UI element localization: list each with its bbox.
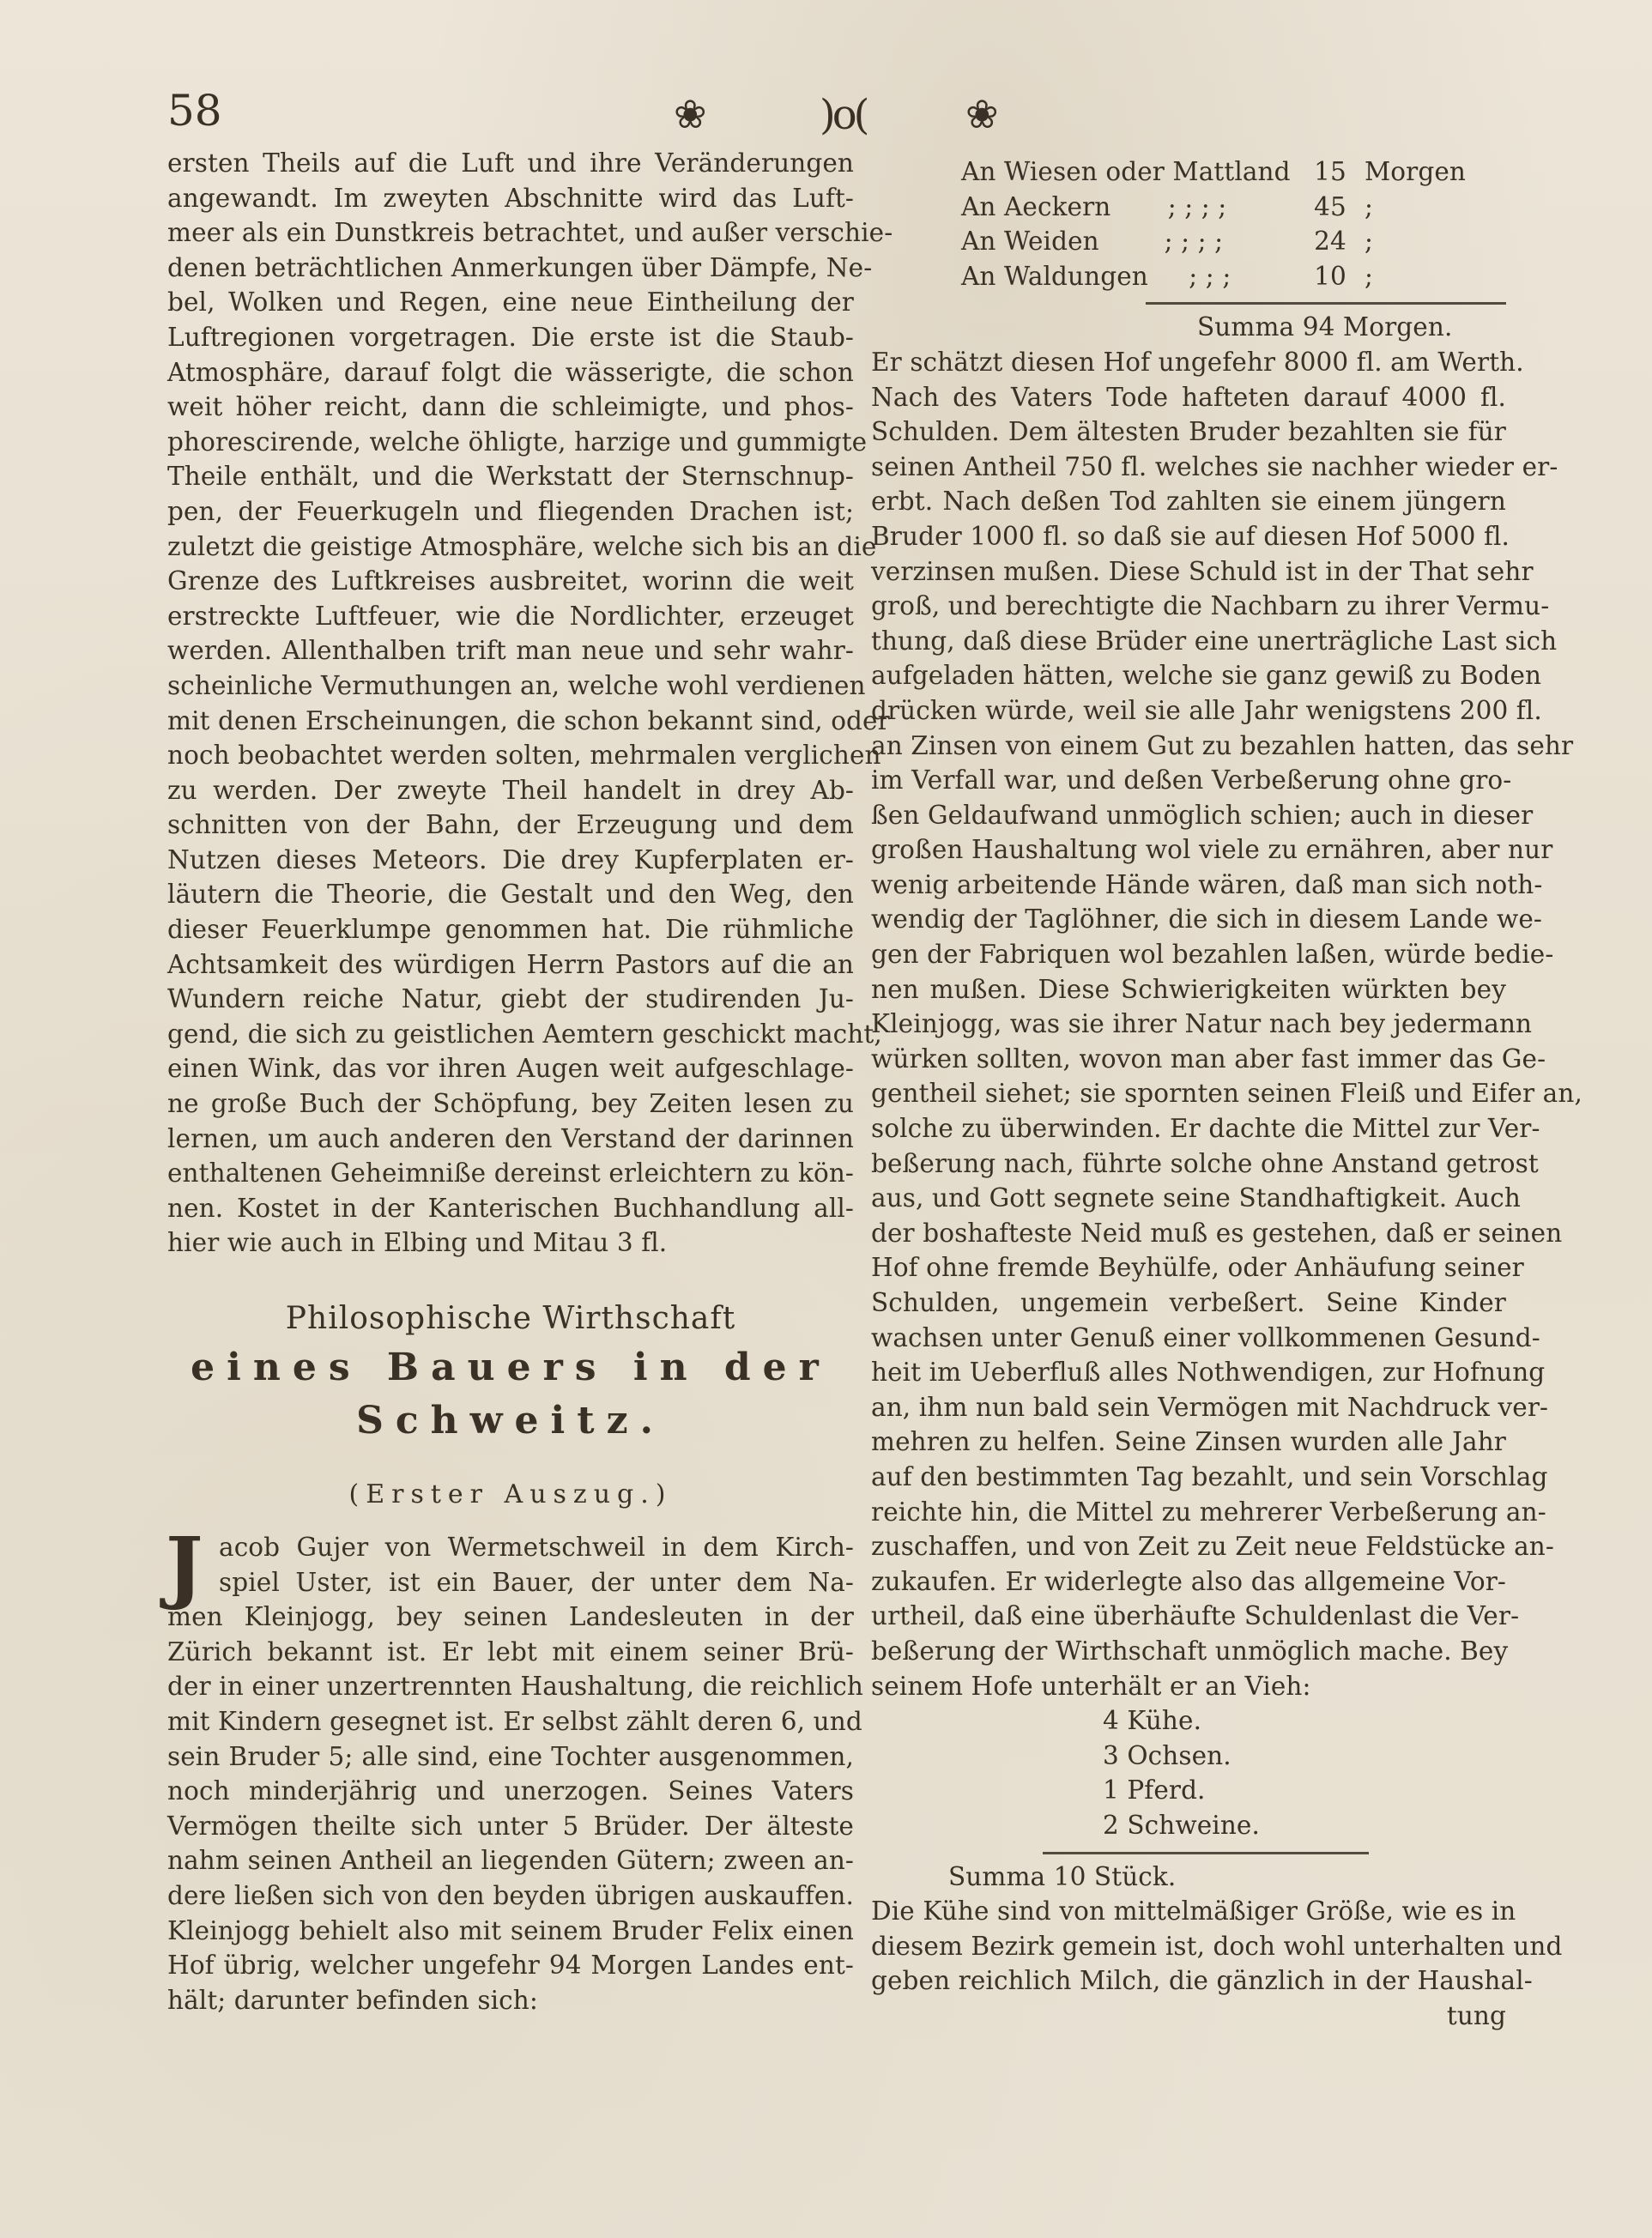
text-line: Nutzen dieses Meteors. Die drey Kupferpl… [167,843,854,878]
text-line: gend, die sich zu geistlichen Aemtern ge… [167,1017,854,1052]
text-line: der in einer unzertrennten Haushaltung, … [167,1669,854,1704]
text-line: zukaufen. Er widerlegte also das allgeme… [871,1564,1506,1600]
text-line: drücken würde, weil sie alle Jahr wenigs… [871,693,1506,729]
text-line: Hof ohne fremde Beyhülfe, oder Anhäufung… [871,1250,1506,1285]
text-line: nen mußen. Diese Schwierigkeiten würkten… [871,972,1506,1007]
text-line: Atmosphäre, darauf folgt die wässerigte,… [167,355,854,390]
text-line: angewandt. Im zweyten Abschnitte wird da… [167,181,854,216]
text-line: noch minderjährig und unerzogen. Seines … [167,1774,854,1809]
review-text: ersten Theils auf die Luft und ihre Verä… [167,146,854,1261]
scanned-page: 58 ❀ )o( ❀ ersten Theils auf die Luft un… [0,0,1652,2238]
text-line: weit höher reicht, dann die schleimigte,… [167,390,854,425]
text-line: groß, und berechtigte die Nachbarn zu ih… [871,589,1506,624]
ditto-marks: ; ; ; ; [1165,227,1224,256]
ditto-marks: ; ; ; ; [1168,192,1227,221]
text-line: hier wie auch in Elbing und Mitau 3 fl. [167,1225,854,1261]
text-line: zuschaffen, und von Zeit zu Zeit neue Fe… [871,1529,1506,1564]
livestock-divider [1043,1852,1369,1854]
text-line: beßerung nach, führte solche ohne Anstan… [871,1146,1506,1182]
text-line: Schulden. Dem ältesten Bruder bezahlten … [871,414,1506,450]
shell-ornament-icon: ❀ [674,91,707,137]
text-line: nen. Kostet in der Kanterischen Buchhand… [167,1191,854,1226]
text-line: ne große Buch der Schöpfung, bey Zeiten … [167,1086,854,1122]
catchword: tung [871,1999,1506,2034]
text-line: Er schätzt diesen Hof ungefehr 8000 fl. … [871,345,1506,380]
text-line: mehren zu helfen. Seine Zinsen wurden al… [871,1424,1506,1460]
sum-divider [1146,302,1506,305]
land-amount: 24 [1296,224,1365,259]
text-line: schnitten von der Bahn, der Erzeugung un… [167,807,854,843]
text-line: bel, Wolken und Regen, eine neue Einthei… [167,285,854,320]
text-line: seinen Antheil 750 fl. welches sie nachh… [871,450,1506,485]
text-line: Hof übrig, welcher ungefehr 94 Morgen La… [167,1948,854,1983]
land-amount: 10 [1296,259,1365,294]
text-line: dieser Feuerklumpe genommen hat. Die rüh… [167,912,854,947]
right-column: An Wiesen oder Mattland 15 Morgen An Aec… [871,154,1506,2033]
text-line: seinem Hofe unterhält er an Vieh: [871,1669,1506,1704]
text-line: lernen, um auch anderen den Verstand der… [167,1122,854,1157]
text-line: Kleinjogg, was sie ihrer Natur nach bey … [871,1007,1506,1042]
text-line: solche zu überwinden. Er dachte die Mitt… [871,1111,1506,1146]
land-total: Summa 94 Morgen. [871,310,1506,345]
text-line: erstreckte Luftfeuer, wie die Nordlichte… [167,599,854,634]
land-unit: ; [1365,259,1485,294]
land-type: An Waldungen [961,262,1148,291]
text-line: ersten Theils auf die Luft und ihre Verä… [167,146,854,181]
text-line: phorescirende, welche öhligte, harzige u… [167,425,854,460]
text-line: enthaltenen Geheimniße dereinst erleicht… [167,1156,854,1191]
text-line: scheinliche Vermuthungen an, welche wohl… [167,668,854,704]
article-opening: J acob Gujer von Wermetschweil in dem Ki… [167,1530,854,1600]
text-line: zuletzt die geistige Atmosphäre, welche … [167,529,854,565]
text-line: diesem Bezirk gemein ist, doch wohl unte… [871,1929,1506,1964]
text-line: thung, daß diese Brüder eine unerträglic… [871,624,1506,659]
closing-text: Die Kühe sind von mittelmäßiger Größe, w… [871,1894,1506,2033]
text-line: gentheil siehet; sie spornten seinen Fle… [871,1076,1506,1111]
land-type: An Aeckern [961,192,1110,221]
text-line: mit Kindern gesegnet ist. Er selbst zähl… [167,1704,854,1739]
drop-cap: J [166,1532,203,1600]
text-line: Vermögen theilte sich unter 5 Brüder. De… [167,1809,854,1844]
article-body: men Kleinjogg, bey seinen Landesleuten i… [167,1600,854,2017]
article-title-line-2: eines Bauers in der Schweitz. [167,1341,854,1448]
text-line: wendig der Taglöhner, die sich in diesem… [871,902,1506,937]
text-line: pen, der Feuerkugeln und fliegenden Drac… [167,494,854,529]
livestock-total: Summa 10 Stück. [871,1860,1506,1895]
text-line: aus, und Gott segnete seine Standhaftigk… [871,1181,1506,1216]
text-line: spiel Uster, ist ein Bauer, der unter de… [167,1565,854,1600]
text-line: heit im Ueberfluß alles Nothwendigen, zu… [871,1355,1506,1390]
text-line: beßerung der Wirthschaft unmöglich mache… [871,1634,1506,1669]
text-line: sein Bruder 5; alle sind, eine Tochter a… [167,1739,854,1775]
text-line: einen Wink, das vor ihren Augen weit auf… [167,1051,854,1086]
text-line: acob Gujer von Wermetschweil in dem Kirc… [167,1530,854,1565]
text-line: Wundern reiche Natur, giebt der studiren… [167,982,854,1017]
text-line: läutern die Theorie, die Gestalt und den… [167,877,854,912]
article-title-line-1: Philosophische Wirthschaft [167,1297,854,1341]
text-line: wenig arbeitende Hände wären, daß man si… [871,868,1506,903]
page-number: 58 [167,86,222,136]
text-line: erbt. Nach deßen Tod zahlten sie einem j… [871,484,1506,519]
ditto-marks: ; ; ; [1189,262,1231,291]
text-line: Nach des Vaters Tode hafteten darauf 400… [871,380,1506,415]
text-line: Schulden, ungemein verbeßert. Seine Kind… [871,1285,1506,1321]
right-body: Er schätzt diesen Hof ungefehr 8000 fl. … [871,345,1506,1703]
land-table-row: An Aeckern ; ; ; ; 45 ; [961,190,1485,225]
text-line: aufgeladen hätten, welche sie ganz gewiß… [871,658,1506,693]
text-line: Achtsamkeit des würdigen Herrn Pastors a… [167,947,854,983]
text-line: gen der Fabriquen wol bezahlen laßen, wü… [871,937,1506,972]
text-line: meer als ein Dunstkreis betrachtet, und … [167,215,854,251]
land-type: An Wiesen oder Mattland [961,154,1296,190]
text-line: an, ihm nun bald sein Vermögen mit Nachd… [871,1390,1506,1425]
text-line: auf den bestimmten Tag bezahlt, und sein… [871,1460,1506,1495]
left-column: ersten Theils auf die Luft und ihre Verä… [167,146,854,2017]
land-amount: 15 [1296,154,1365,190]
text-line: hält; darunter befinden sich: [167,1983,854,2018]
text-line: Zürich bekannt ist. Er lebt mit einem se… [167,1635,854,1670]
article-heading: Philosophische Wirthschaft eines Bauers … [167,1297,854,1513]
land-unit: ; [1365,190,1485,225]
text-line: Kleinjogg behielt also mit seinem Bruder… [167,1914,854,1949]
land-table-row: An Waldungen ; ; ; 10 ; [961,259,1485,294]
text-line: nahm seinen Antheil an liegenden Gütern;… [167,1843,854,1878]
land-table-row: An Wiesen oder Mattland 15 Morgen [961,154,1485,190]
land-table: An Wiesen oder Mattland 15 Morgen An Aec… [961,154,1485,293]
livestock-item: 4 Kühe. [1103,1703,1506,1739]
text-line: würken sollten, wovon man aber fast imme… [871,1042,1506,1077]
text-line: noch beobachtet werden solten, mehrmalen… [167,738,854,773]
text-line: Bruder 1000 fl. so daß sie auf diesen Ho… [871,519,1506,554]
text-line: werden. Allenthalben trift man neue und … [167,633,854,668]
text-line: an Zinsen von einem Gut zu bezahlen hatt… [871,729,1506,764]
livestock-list: 4 Kühe. 3 Ochsen. 1 Pferd. 2 Schweine. [871,1703,1506,1842]
text-line: Grenze des Luftkreises ausbreitet, worin… [167,564,854,599]
livestock-item: 1 Pferd. [1103,1773,1506,1808]
land-table-row: An Weiden ; ; ; ; 24 ; [961,224,1485,259]
text-line: großen Haushaltung wol viele zu ernähren… [871,832,1506,868]
text-line: dere ließen sich von den beyden übrigen … [167,1878,854,1914]
livestock-item: 3 Ochsen. [1103,1739,1506,1774]
text-line: reichte hin, die Mittel zu mehrerer Verb… [871,1495,1506,1530]
article-subtitle: (Erster Auszug.) [167,1477,854,1513]
text-line: ßen Geldaufwand unmöglich schien; auch i… [871,798,1506,833]
text-line: men Kleinjogg, bey seinen Landesleuten i… [167,1600,854,1635]
text-line: wachsen unter Genuß einer vollkommenen G… [871,1321,1506,1356]
land-unit: ; [1365,224,1485,259]
land-unit: Morgen [1365,154,1485,190]
text-line: Luftregionen vorgetragen. Die erste ist … [167,320,854,355]
land-amount: 45 [1296,190,1365,225]
text-line: geben reichlich Milch, die gänzlich in d… [871,1963,1506,1999]
livestock-item: 2 Schweine. [1103,1808,1506,1843]
text-line: im Verfall war, und deßen Verbeßerung oh… [871,763,1506,798]
text-line: mit denen Erscheinungen, die schon bekan… [167,704,854,739]
header-divider-ornament: )o( [820,91,866,139]
land-type: An Weiden [961,227,1099,256]
shell-ornament-icon: ❀ [965,91,999,137]
text-line: denen beträchtlichen Anmerkungen über Dä… [167,251,854,286]
text-line: Die Kühe sind von mittelmäßiger Größe, w… [871,1894,1506,1929]
text-line: verzinsen mußen. Diese Schuld ist in der… [871,554,1506,590]
text-line: zu werden. Der zweyte Theil handelt in d… [167,773,854,808]
text-line: Theile enthält, und die Werkstatt der St… [167,459,854,494]
text-line: der boshafteste Neid muß es gestehen, da… [871,1216,1506,1251]
text-line: urtheil, daß eine überhäufte Schuldenlas… [871,1599,1506,1634]
